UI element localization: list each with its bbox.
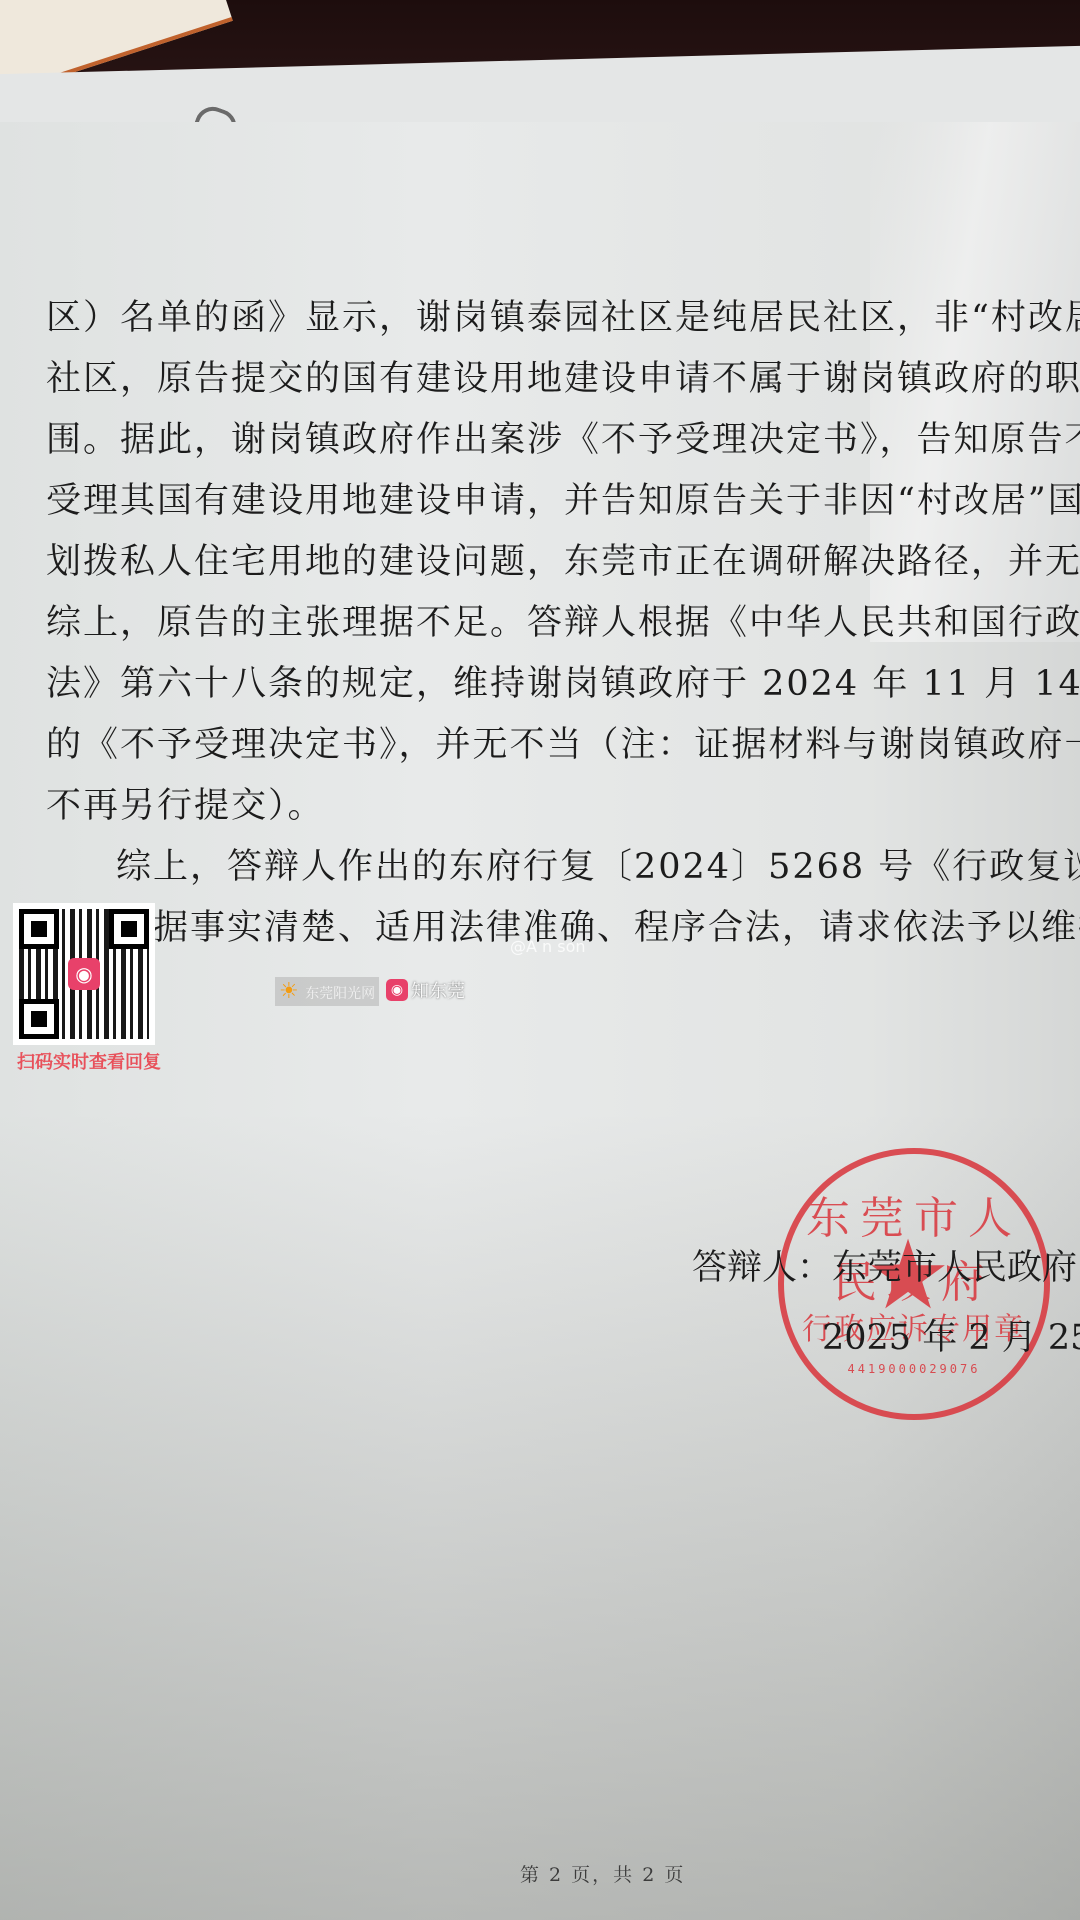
watermark-site: ☀ 东莞阳光网 xyxy=(275,977,379,1006)
body-line: 围。据此，谢岗镇政府作出案涉《不予受理决定书》，告知原告不予 xyxy=(46,410,1080,471)
body-line: 不再另行提交）。 xyxy=(46,776,1080,837)
body-line: 的《不予受理决定书》，并无不当（注：证据材料与谢岗镇政府一致， xyxy=(46,715,1080,776)
seal-code: 4419000029076 xyxy=(784,1362,1044,1376)
qr-caption: 扫码实时查看回复 xyxy=(17,1048,161,1074)
signature-date: 2025 年 2 月 25 日 xyxy=(822,1310,1080,1360)
body-line: 法》第六十八条的规定，维持谢岗镇政府于 2024 年 11 月 14 日作出 xyxy=(46,654,1080,715)
signer: 答辩人：东莞市人民政府 xyxy=(692,1240,1077,1290)
watermark-app: ◉ 知东莞 xyxy=(386,977,465,1003)
app-eye-logo-icon: ◉ xyxy=(386,979,408,1001)
body-line: 综上，答辩人作出的东府行复〔2024〕5268 号《行政复议决定 xyxy=(46,837,1080,898)
watermark-app-name: 知东莞 xyxy=(411,977,465,1003)
body-line: 社区，原告提交的国有建设用地建设申请不属于谢岗镇政府的职权范 xyxy=(46,349,1080,410)
sun-logo-icon: ☀ xyxy=(279,979,299,1004)
qr-code[interactable]: ◉ xyxy=(13,903,155,1045)
body-line: 区）名单的函》显示，谢岗镇泰园社区是纯居民社区，非“村改居” xyxy=(46,288,1080,349)
page-footer: 第 2 页，共 2 页 xyxy=(520,1860,685,1887)
qr-finder-icon xyxy=(109,909,149,949)
body-line: 划拨私人住宅用地的建设问题，东莞市正在调研解决路径，并无不妥。 xyxy=(46,532,1080,593)
watermark-site-name: 东莞阳光网 xyxy=(305,986,375,1002)
body-line: 受理其国有建设用地建设申请，并告知原告关于非因“村改居”国有 xyxy=(46,471,1080,532)
qr-finder-icon xyxy=(19,909,59,949)
document-body: 区）名单的函》显示，谢岗镇泰园社区是纯居民社区，非“村改居” 社区，原告提交的国… xyxy=(46,288,1080,959)
watermark-handle: @A n son xyxy=(510,937,586,956)
qr-finder-icon xyxy=(19,999,59,1039)
app-eye-logo-icon: ◉ xyxy=(68,958,100,990)
body-line: 综上，原告的主张理据不足。答辩人根据《中华人民共和国行政复议 xyxy=(46,593,1080,654)
